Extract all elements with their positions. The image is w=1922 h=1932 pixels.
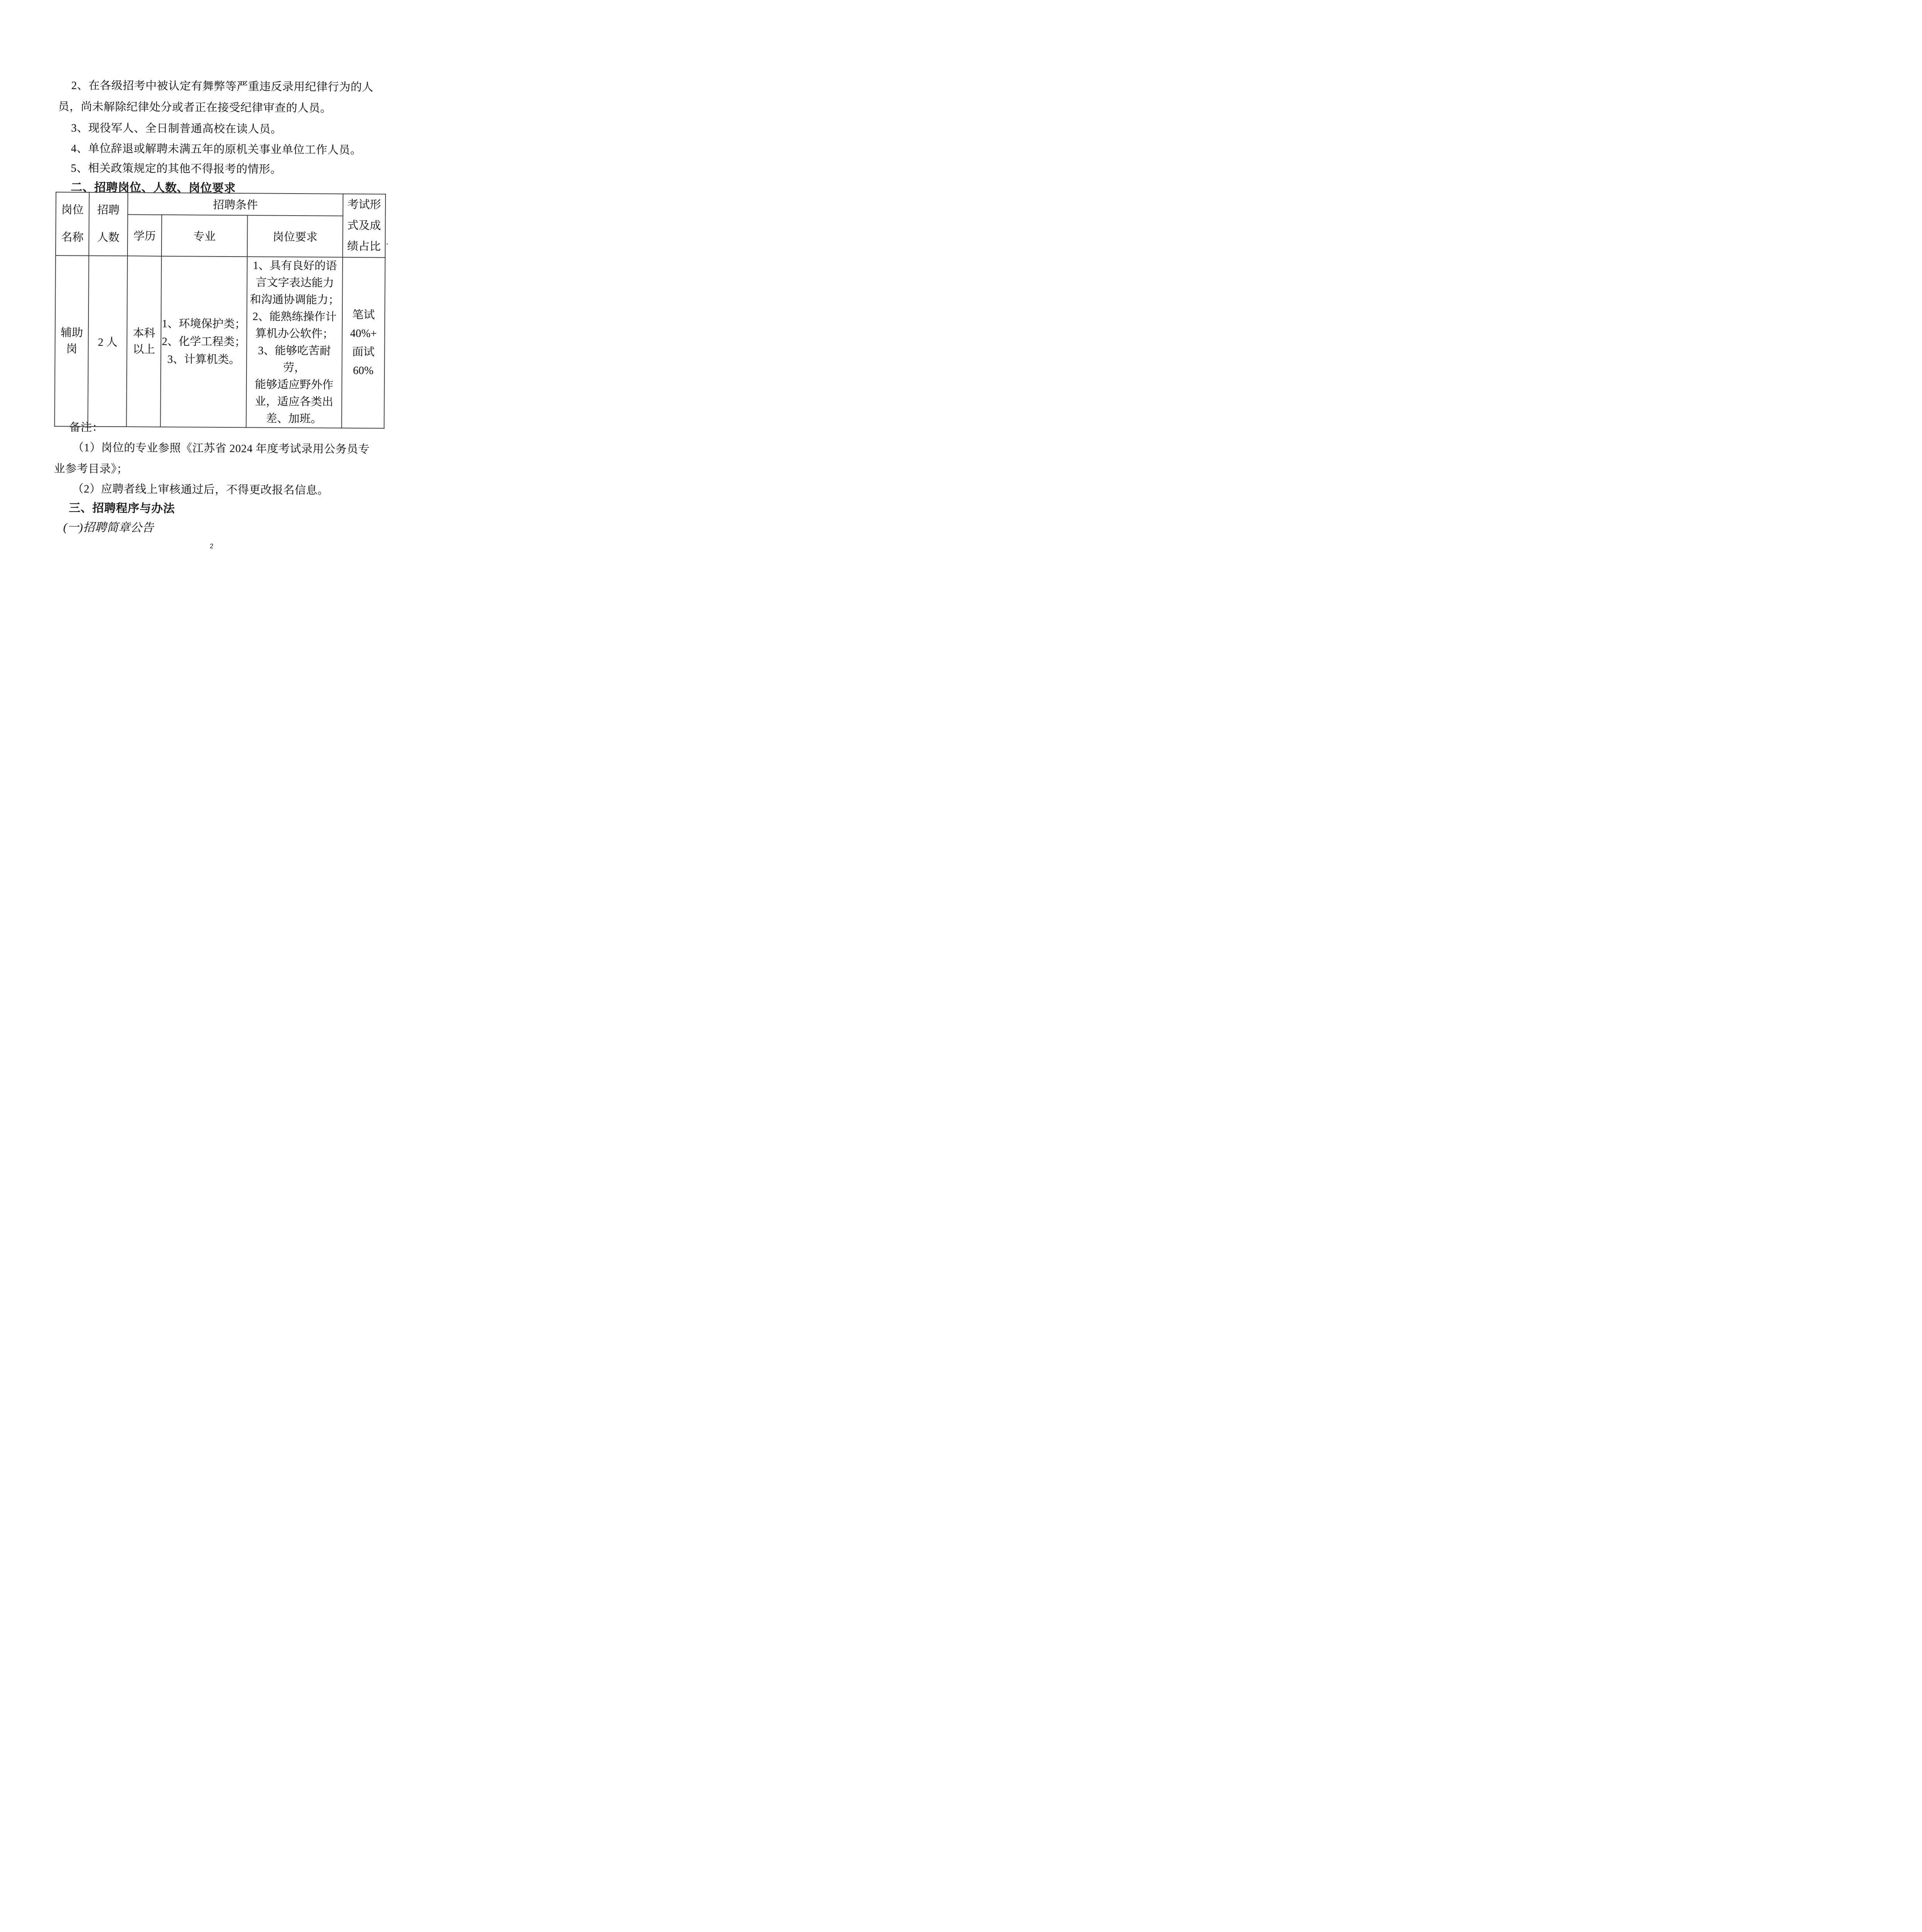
header-headcount-line2: 人数 — [89, 224, 127, 252]
cell-education-line1: 本科 — [127, 325, 161, 342]
table-row: 辅助 岗 2 人 本科 以上 1、环境保护类； 2、化学工程类； 3、计算机类。… — [54, 255, 385, 428]
cell-req-line7: 能够适应野外作 — [247, 376, 342, 393]
recruitment-table: 岗位 名称 招聘 人数 招聘条件 考试形 式及成 绩占比 学历 专业 岗位要求 — [54, 192, 386, 429]
page-number: 2 — [210, 543, 213, 550]
intro-line-5: 5、相关政策规定的其他不得报考的情形。 — [71, 159, 282, 176]
cell-exam-line4: 60% — [342, 361, 384, 380]
cell-headcount: 2 人 — [88, 256, 127, 427]
header-exam-format: 考试形 式及成 绩占比 — [343, 194, 386, 258]
cell-exam-line2: 40%+ — [343, 324, 384, 343]
header-education: 学历 — [127, 215, 162, 256]
cell-exam-line3: 面试 — [342, 343, 384, 362]
scan-speck — [386, 243, 388, 245]
intro-line-4: 4、单位辞退或解聘未满五年的原机关事业单位工作人员。 — [71, 139, 362, 157]
cell-education: 本科 以上 — [126, 256, 161, 427]
header-exam-line3: 绩占比 — [343, 236, 385, 257]
cell-job-requirements: 1、具有良好的语 言文字表达能力 和沟通协调能力； 2、能熟练操作计 算机办公软… — [246, 257, 343, 428]
cell-req-line6: 3、能够吃苦耐劳， — [247, 342, 342, 376]
cell-education-line2: 以上 — [127, 341, 160, 358]
header-headcount: 招聘 人数 — [89, 192, 128, 256]
document-page: 2、在各级招考中被认定有舞弊等严重违反录用纪律行为的人 员，尚未解除纪律处分或者… — [0, 0, 425, 600]
cell-req-line2: 言文字表达能力 — [247, 274, 342, 291]
notes-label: 备注： — [69, 418, 104, 435]
cell-req-line9: 差、加班。 — [246, 410, 341, 427]
cell-req-line3: 和沟通协调能力； — [247, 291, 342, 308]
header-headcount-line1: 招聘 — [89, 197, 127, 224]
cell-position-name: 辅助 岗 — [54, 255, 89, 427]
header-position-name: 岗位 名称 — [56, 192, 89, 256]
cell-req-line5: 算机办公软件； — [247, 325, 342, 342]
header-exam-line1: 考试形 — [343, 194, 385, 216]
cell-major: 1、环境保护类； 2、化学工程类； 3、计算机类。 — [160, 256, 247, 427]
intro-line-2b: 员，尚未解除纪律处分或者正在接受纪律审查的人员。 — [58, 98, 331, 115]
header-exam-line2: 式及成 — [343, 215, 385, 236]
cell-req-line4: 2、能熟练操作计 — [247, 308, 342, 325]
cell-req-line8: 业，适应各类出 — [247, 393, 342, 410]
cell-major-line1: 1、环境保护类； — [161, 315, 246, 333]
header-conditions: 招聘条件 — [128, 192, 343, 216]
cell-major-line3: 3、计算机类。 — [161, 350, 246, 369]
subsection-heading: (一)招聘简章公告 — [63, 517, 154, 535]
note1-line2: 业参考目录》； — [54, 460, 128, 476]
section3-heading: 三、招聘程序与办法 — [69, 498, 175, 516]
note1-line1: （1）岗位的专业参照《江苏省 2024 年度考试录用公务员专 — [73, 439, 370, 456]
cell-major-line2: 2、化学工程类； — [161, 333, 246, 351]
header-position-name-line1: 岗位 — [56, 196, 88, 224]
cell-exam-line1: 笔试 — [343, 306, 384, 325]
header-position-name-line2: 名称 — [56, 224, 88, 252]
cell-exam-format: 笔试 40%+ 面试 60% — [342, 257, 385, 429]
cell-position-name-line1: 辅助 — [56, 325, 88, 341]
header-job-requirements: 岗位要求 — [247, 216, 343, 257]
intro-line-3: 3、现役军人、全日制普通高校在读人员。 — [71, 119, 282, 136]
cell-req-line1: 1、具有良好的语 — [248, 257, 342, 274]
scanned-content: 2、在各级招考中被认定有舞弊等严重违反录用纪律行为的人 员，尚未解除纪律处分或者… — [0, 0, 425, 600]
intro-line-2a: 2、在各级招考中被认定有舞弊等严重违反录用纪律行为的人 — [71, 77, 374, 94]
header-major: 专业 — [161, 215, 248, 257]
note2-line: （2）应聘者线上审核通过后，不得更改报名信息。 — [72, 480, 329, 497]
cell-position-name-line2: 岗 — [55, 341, 88, 357]
